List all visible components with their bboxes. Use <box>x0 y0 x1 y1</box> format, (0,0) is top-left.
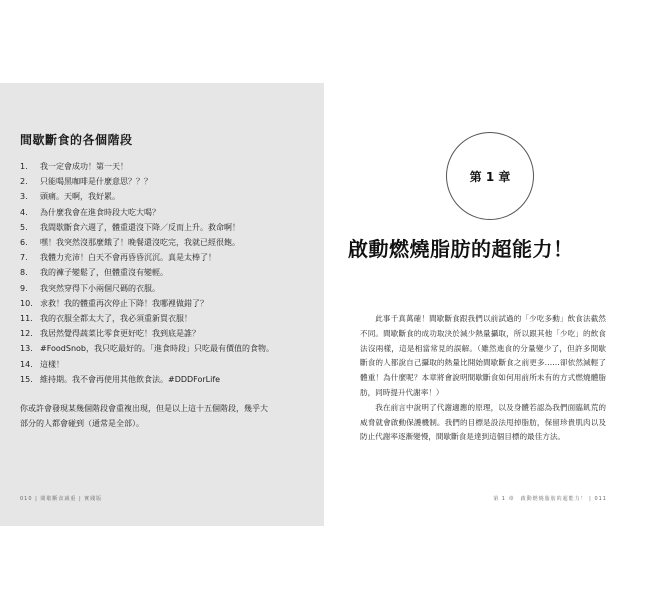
summary-note: 你或許會發現某幾個階段會重複出現，但是以上這十五個階段，幾乎大部分的人都會碰到（… <box>20 401 270 431</box>
list-item: 5.我間歇斷食六週了，體重還沒下降／反而上升。救命啊！ <box>20 220 274 235</box>
list-item: 8.我的褲子變鬆了，但體重沒有變輕。 <box>20 265 274 280</box>
chapter-title: 啟動燃燒脂肪的超能力！ <box>348 233 628 262</box>
chapter-label: 第 1 章 <box>470 168 511 185</box>
page-title: 間歇斷食的各個階段 <box>20 131 133 148</box>
list-item: 11.我的衣服全都太大了，我必須重新買衣服！ <box>20 311 274 326</box>
page-footer-left: 010 | 間歇斷食減重 | 實踐版 <box>20 495 102 502</box>
list-item: 10.求救！我的體重再次停止下降！我哪裡做錯了？ <box>20 296 274 311</box>
list-item: 3.頭痛。天啊，我好累。 <box>20 189 274 204</box>
list-item: 14.這樣！ <box>20 357 274 372</box>
list-item: 7.我體力充沛！白天不會再昏昏沉沉。真是太棒了！ <box>20 250 274 265</box>
chapter-body: 此事千真萬確！間歇斷食跟我們以前試過的「少吃多動」飲食法截然不同。間歇斷食的成功… <box>360 312 606 445</box>
right-page: 第 1 章 啟動燃燒脂肪的超能力！ 此事千真萬確！間歇斷食跟我們以前試過的「少吃… <box>324 83 647 526</box>
page-footer-right: 第 1 章 啟動燃燒脂肪的超能力！ | 011 <box>493 495 607 502</box>
left-page: 間歇斷食的各個階段 1.我一定會成功！第一天！ 2.只能喝黑咖啡是什麼意思？？？… <box>0 83 324 526</box>
list-item: 4.為什麼我會在進食時段大吃大喝？ <box>20 205 274 220</box>
chapter-badge: 第 1 章 <box>446 132 534 220</box>
stages-list: 1.我一定會成功！第一天！ 2.只能喝黑咖啡是什麼意思？？？ 3.頭痛。天啊，我… <box>20 159 274 387</box>
list-item: 9.我突然穿得下小兩個尺碼的衣服。 <box>20 281 274 296</box>
list-item: 1.我一定會成功！第一天！ <box>20 159 274 174</box>
list-item: 13.#FoodSnob，我只吃最好的。「進食時段」只吃最有價值的食物。 <box>20 341 274 356</box>
list-item: 12.我居然覺得蔬菜比零食更好吃！我到底是誰？ <box>20 326 274 341</box>
paragraph: 此事千真萬確！間歇斷食跟我們以前試過的「少吃多動」飲食法截然不同。間歇斷食的成功… <box>360 312 606 401</box>
list-item: 6.嘿！我突然沒那麼餓了！晚餐還沒吃完，我就已經很飽。 <box>20 235 274 250</box>
list-item: 15.維持期。我不會再使用其他飲食法。#DDDForLife <box>20 372 274 387</box>
list-item: 2.只能喝黑咖啡是什麼意思？？？ <box>20 174 274 189</box>
paragraph: 我在前言中說明了代謝適應的原理，以及身體若認為我們面臨飢荒的威脅就會啟動保護機制… <box>360 401 606 445</box>
